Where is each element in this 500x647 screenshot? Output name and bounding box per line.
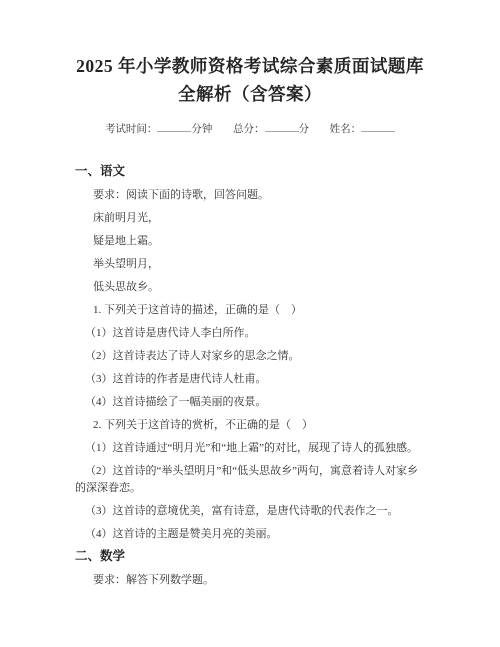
- question-2-option-3: （3）这首诗的意境优美，富有诗意，是唐代诗歌的代表作之一。: [75, 503, 427, 520]
- exam-time-group: 考试时间：分钟: [105, 124, 213, 135]
- exam-time-unit: 分钟: [191, 124, 212, 135]
- question-2-option-2: （2）这首诗的“举头望明月”和“低头思故乡”两句，寓意着诗人对家乡的深深眷恋。: [75, 463, 427, 497]
- total-score-unit: 分: [299, 124, 310, 135]
- question-2-option-4: （4）这首诗的主题是赞美月亮的美丽。: [75, 526, 427, 543]
- section-chinese-requirement: 要求：阅读下面的诗歌，回答问题。: [75, 187, 427, 204]
- section-math-requirement: 要求：解答下列数学题。: [75, 572, 427, 589]
- exam-time-label: 考试时间：: [105, 124, 158, 135]
- poem-line-3: 举头望明月，: [75, 256, 427, 273]
- poem-line-1: 床前明月光，: [75, 210, 427, 227]
- question-2-stem: 2. 下列关于这首诗的赏析，不正确的是（ ）: [75, 417, 427, 434]
- exam-info-line: 考试时间：分钟 总分：分 姓名：: [0, 121, 500, 136]
- document-page: 2025 年小学教师资格考试综合素质面试题库 全解析（含答案） 考试时间：分钟 …: [0, 0, 500, 647]
- question-1-option-1: （1）这首诗是唐代诗人李白所作。: [75, 325, 427, 342]
- name-label: 姓名：: [330, 124, 362, 135]
- poem-line-4: 低头思故乡。: [75, 279, 427, 296]
- section-chinese-heading: 一、语文: [75, 164, 427, 179]
- question-2-option-1: （1）这首诗通过“明月光”和“地上霜”的对比，展现了诗人的孤独感。: [75, 440, 427, 457]
- question-1-stem: 1. 下列关于这首诗的描述，正确的是（ ）: [75, 302, 427, 319]
- poem-line-2: 疑是地上霜。: [75, 233, 427, 250]
- title-line-1: 2025 年小学教师资格考试综合素质面试题库: [36, 52, 464, 80]
- question-1-option-2: （2）这首诗表达了诗人对家乡的思念之情。: [75, 348, 427, 365]
- exam-time-blank: [157, 122, 191, 132]
- section-math: 二、数学 要求：解答下列数学题。: [75, 549, 427, 589]
- document-title: 2025 年小学教师资格考试综合素质面试题库 全解析（含答案）: [36, 52, 464, 108]
- question-1-option-4: （4）这首诗描绘了一幅美丽的夜景。: [75, 394, 427, 411]
- total-score-blank: [265, 122, 299, 132]
- section-chinese: 一、语文 要求：阅读下面的诗歌，回答问题。 床前明月光， 疑是地上霜。 举头望明…: [75, 164, 427, 543]
- name-blank: [361, 122, 395, 132]
- name-group: 姓名：: [330, 124, 396, 135]
- total-score-group: 总分：分: [233, 124, 309, 135]
- title-line-2: 全解析（含答案）: [36, 80, 464, 108]
- document-body: 一、语文 要求：阅读下面的诗歌，回答问题。 床前明月光， 疑是地上霜。 举头望明…: [0, 136, 500, 589]
- question-1-option-3: （3）这首诗的作者是唐代诗人杜甫。: [75, 371, 427, 388]
- section-math-heading: 二、数学: [75, 549, 427, 564]
- total-score-label: 总分：: [233, 124, 265, 135]
